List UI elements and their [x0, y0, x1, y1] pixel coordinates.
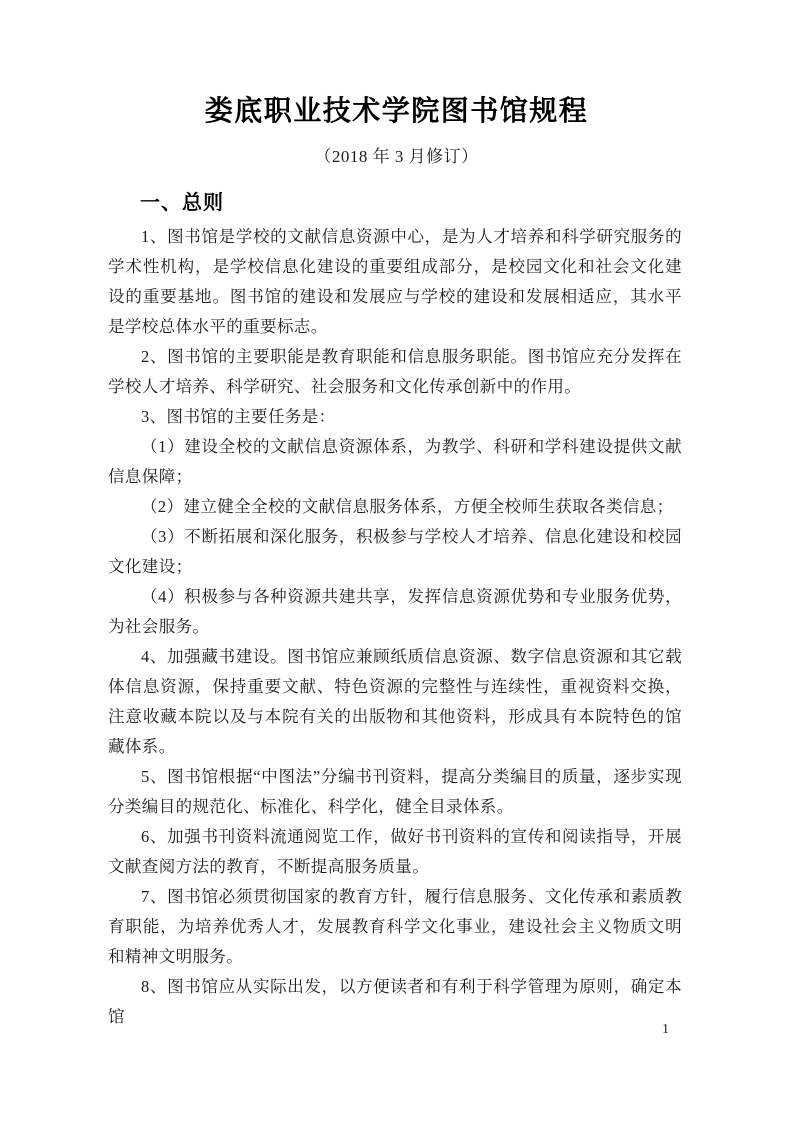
paragraph: 6、加强书刊资料流通阅览工作，做好书刊资料的宣传和阅读指导，开展文献查阅方法的教… [108, 822, 682, 882]
paragraph: 1、图书馆是学校的文献信息资源中心，是为人才培养和科学研究服务的学术性机构，是学… [108, 222, 682, 342]
document-body: 1、图书馆是学校的文献信息资源中心，是为人才培养和科学研究服务的学术性机构，是学… [0, 222, 793, 1032]
page-number: 1 [662, 1022, 669, 1038]
paragraph: 4、加强藏书建设。图书馆应兼顾纸质信息资源、数字信息资源和其它载体信息资源，保持… [108, 642, 682, 762]
paragraph: 2、图书馆的主要职能是教育职能和信息服务职能。图书馆应充分发挥在学校人才培养、科… [108, 342, 682, 402]
paragraph: 8、图书馆应从实际出发，以方便读者和有利于科学管理为原则，确定本馆 [108, 972, 682, 1032]
paragraph: （4）积极参与各种资源共建共享，发挥信息资源优势和专业服务优势，为社会服务。 [108, 582, 682, 642]
paragraph: （3）不断拓展和深化服务，积极参与学校人才培养、信息化建设和校园文化建设； [108, 522, 682, 582]
paragraph: （1）建设全校的文献信息资源体系，为教学、科研和学科建设提供文献信息保障； [108, 432, 682, 492]
paragraph: 3、图书馆的主要任务是： [108, 402, 682, 432]
document-page: 娄底职业技术学院图书馆规程 （2018 年 3 月修订） 一、总则 1、图书馆是… [0, 0, 793, 1122]
paragraph: （2）建立健全全校的文献信息服务体系，方便全校师生获取各类信息； [108, 492, 682, 522]
section-heading: 一、总则 [140, 190, 793, 216]
document-title: 娄底职业技术学院图书馆规程 [0, 0, 793, 130]
paragraph: 5、图书馆根据“中图法”分编书刊资料，提高分类编目的质量，逐步实现分类编目的规范… [108, 762, 682, 822]
paragraph: 7、图书馆必须贯彻国家的教育方针，履行信息服务、文化传承和素质教育职能，为培养优… [108, 882, 682, 972]
document-subtitle: （2018 年 3 月修订） [0, 144, 793, 170]
